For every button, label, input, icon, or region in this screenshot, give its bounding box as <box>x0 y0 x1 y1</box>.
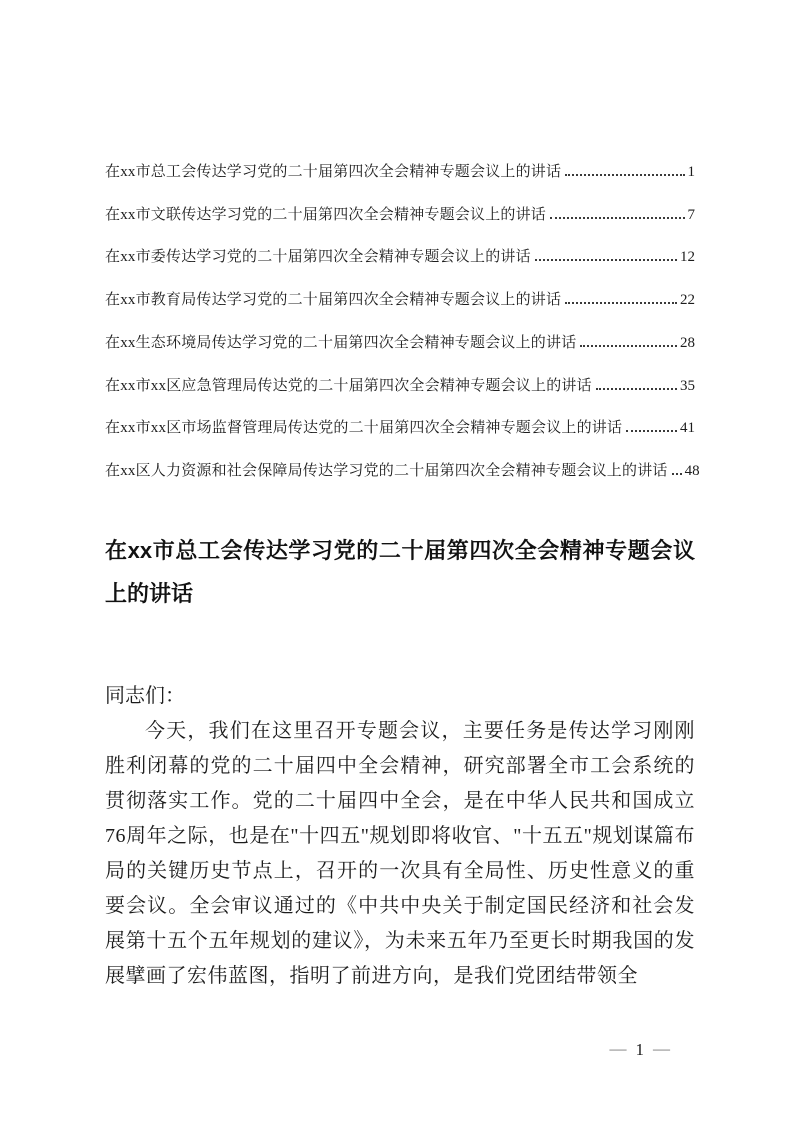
toc-entry-title: 在xx生态环境局传达学习党的二十届第四次全会精神专题会议上的讲话 <box>105 322 576 365</box>
toc-entry[interactable]: 在xx市教育局传达学习党的二十届第四次全会精神专题会议上的讲话 22 <box>105 279 695 322</box>
document-page: 在xx市总工会传达学习党的二十届第四次全会精神专题会议上的讲话 1 在xx市文联… <box>0 0 793 1122</box>
toc-entry-title: 在xx市xx区应急管理局传达党的二十届第四次全会精神专题会议上的讲话 <box>105 365 592 408</box>
toc-entry-page-number: 22 <box>680 279 695 322</box>
toc-entry-page-number: 7 <box>688 194 696 237</box>
article-title: 在xx市总工会传达学习党的二十届第四次全会精神专题会议上的讲话 <box>105 529 695 615</box>
table-of-contents: 在xx市总工会传达学习党的二十届第四次全会精神专题会议上的讲话 1 在xx市文联… <box>105 0 695 493</box>
footer-dash-left: — <box>610 1039 627 1059</box>
toc-leader-dots <box>550 217 684 219</box>
article-paragraph: 今天，我们在这里召开专题会议，主要任务是传达学习刚刚胜利闭幕的党的二十届四中全会… <box>105 714 695 994</box>
toc-entry-page-number: 12 <box>680 236 695 279</box>
toc-entry[interactable]: 在xx生态环境局传达学习党的二十届第四次全会精神专题会议上的讲话 28 <box>105 322 695 365</box>
toc-entry-title: 在xx区人力资源和社会保障局传达学习党的二十届第四次全会精神专题会议上的讲话 <box>105 450 668 493</box>
toc-leader-dots <box>535 259 677 261</box>
toc-entry-page-number: 1 <box>688 151 696 194</box>
toc-entry-title: 在xx市文联传达学习党的二十届第四次全会精神专题会议上的讲话 <box>105 194 546 237</box>
toc-entry[interactable]: 在xx市总工会传达学习党的二十届第四次全会精神专题会议上的讲话 1 <box>105 151 695 194</box>
toc-entry-title: 在xx市xx区市场监督管理局传达党的二十届第四次全会精神专题会议上的讲话 <box>105 407 622 450</box>
toc-entry[interactable]: 在xx市文联传达学习党的二十届第四次全会精神专题会议上的讲话 7 <box>105 194 695 237</box>
toc-entry[interactable]: 在xx市xx区应急管理局传达党的二十届第四次全会精神专题会议上的讲话 35 <box>105 365 695 408</box>
toc-entry-page-number: 48 <box>685 450 700 493</box>
salutation: 同志们： <box>105 679 695 714</box>
toc-leader-dots <box>672 473 682 475</box>
toc-entry-title: 在xx市教育局传达学习党的二十届第四次全会精神专题会议上的讲话 <box>105 279 561 322</box>
toc-leader-dots <box>565 174 684 176</box>
toc-entry[interactable]: 在xx市委传达学习党的二十届第四次全会精神专题会议上的讲话 12 <box>105 236 695 279</box>
footer-dash-right: — <box>653 1039 670 1059</box>
toc-leader-dots <box>626 430 677 432</box>
footer-page-number: 1 <box>636 1040 645 1060</box>
toc-entry-page-number: 28 <box>680 322 695 365</box>
page-number-footer: — 1 — <box>610 1040 671 1060</box>
toc-leader-dots <box>565 302 677 304</box>
toc-leader-dots <box>580 345 677 347</box>
toc-leader-dots <box>596 388 677 390</box>
toc-entry-title: 在xx市委传达学习党的二十届第四次全会精神专题会议上的讲话 <box>105 236 531 279</box>
toc-entry-page-number: 35 <box>680 365 695 408</box>
toc-entry[interactable]: 在xx区人力资源和社会保障局传达学习党的二十届第四次全会精神专题会议上的讲话 4… <box>105 450 695 493</box>
toc-entry[interactable]: 在xx市xx区市场监督管理局传达党的二十届第四次全会精神专题会议上的讲话 41 <box>105 407 695 450</box>
toc-entry-title: 在xx市总工会传达学习党的二十届第四次全会精神专题会议上的讲话 <box>105 151 561 194</box>
toc-entry-page-number: 41 <box>680 407 695 450</box>
